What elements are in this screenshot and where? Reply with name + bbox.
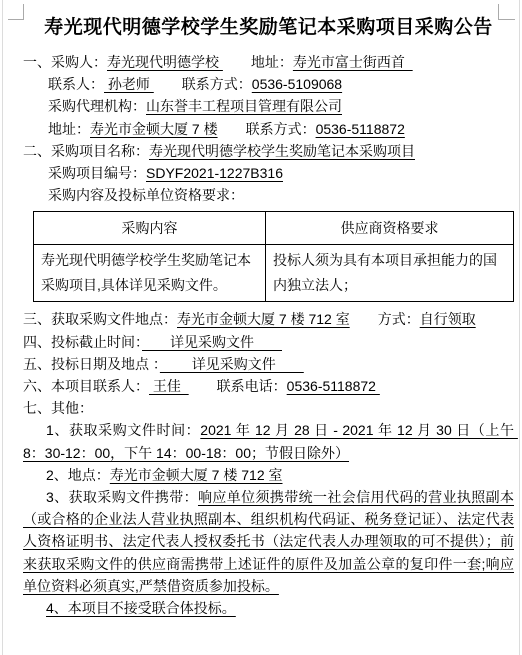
field-label: 一、采购人：: [23, 54, 107, 70]
header-cell-procurement-content: 采购内容: [34, 212, 266, 245]
detail-paragraphs: 三、获取采购文件地点：寿光市金顿大厦 7 楼 712 室 方式：自行领取四、投标…: [23, 308, 514, 619]
cell-supplier-qualification: 投标人须为具有本项目承担能力的国内独立法人；: [266, 245, 514, 302]
procurement-requirements-table: 采购内容 供应商资格要求 寿光现代明德学校学生奖励笔记本采购项目,具体详见采购文…: [33, 211, 514, 302]
filled-value: 寿光市富士街西首: [293, 54, 413, 70]
cell-procurement-content: 寿光现代明德学校学生奖励笔记本采购项目,具体详见采购文件。: [34, 245, 266, 302]
bid-date-line: 五、投标日期及地点 ： 详见采购文件: [23, 353, 514, 375]
filled-value: 详见采购文件: [142, 334, 282, 350]
document-body: 寿光现代明德学校学生奖励笔记本采购项目采购公告 一、采购人：寿光现代明德学校 地…: [23, 14, 514, 619]
page-edge-left-line: [2, 0, 3, 655]
field-label: 联系人：: [48, 76, 104, 92]
filled-value: 4、本项目不接受联合体投标。: [46, 600, 236, 616]
field-label: 采购内容及投标单位资格要求：: [48, 187, 244, 203]
filled-value: 自行领取: [420, 311, 476, 327]
page-edge-right-line: [519, 0, 520, 655]
field-label: 五、投标日期及地点 ：: [23, 356, 160, 372]
table-row: 寿光现代明德学校学生奖励笔记本采购项目,具体详见采购文件。 投标人须为具有本项目…: [34, 245, 514, 302]
field-label: [350, 311, 378, 327]
field-label: 3、获取采购文件携带：: [46, 489, 198, 505]
filled-value: 寿光现代明德学校: [107, 54, 223, 70]
field-label: 联系方式：: [182, 76, 252, 92]
field-label: 联系方式：: [246, 121, 316, 137]
field-label: [154, 76, 182, 92]
buyer-contact-line: 联系人： 孙老师 联系方式：0536-5109068: [23, 73, 514, 95]
project-name-line: 二、采购项目名称：寿光现代明德学校学生奖励笔记本采购项目: [23, 140, 514, 162]
filled-value: 寿光市金顿大厦 7 楼 712 室: [110, 467, 283, 483]
field-label: 地址：: [48, 121, 90, 137]
field-label: [223, 54, 251, 70]
filled-value: 寿光市金顿大厦 7 楼 712 室: [177, 311, 350, 327]
filled-value: 0536-5118872: [287, 378, 380, 394]
buyer-line: 一、采购人：寿光现代明德学校 地址：寿光市富士街西首: [23, 51, 514, 73]
agency-address-line: 地址：寿光市金顿大厦 7 楼 联系方式：0536-5118872: [23, 118, 514, 140]
header-cell-supplier-qualification: 供应商资格要求: [266, 212, 514, 245]
field-label: 七、其他：: [23, 400, 93, 416]
field-label: 联系电话：: [217, 378, 287, 394]
field-label: [189, 378, 217, 394]
intro-paragraphs: 一、采购人：寿光现代明德学校 地址：寿光市富士街西首 联系人： 孙老师 联系方式…: [23, 51, 514, 206]
field-label: 三、获取采购文件地点：: [23, 311, 177, 327]
field-label: 方式：: [378, 311, 420, 327]
filled-value: 山东誉丰工程项目管理有限公司: [146, 98, 342, 114]
field-label: 四、投标截止时间：: [23, 334, 142, 350]
filled-value: 王佳: [149, 378, 189, 394]
field-label: 六、本项目联系人：: [23, 378, 149, 394]
field-label: 1、获取采购文件时间：: [46, 422, 200, 438]
announcement-title: 寿光现代明德学校学生奖励笔记本采购项目采购公告: [23, 14, 514, 41]
project-number-line: 采购项目编号：SDYF2021-1227B316: [23, 162, 514, 184]
other-item-4: 4、本项目不接受联合体投标。: [23, 597, 514, 619]
filled-value: SDYF2021-1227B316: [146, 165, 283, 181]
agency-line: 采购代理机构：山东誉丰工程项目管理有限公司: [23, 95, 514, 117]
other-item-3: 3、获取采购文件携带：响应单位须携带统一社会信用代码的营业执照副本（或合格的企业…: [23, 486, 514, 597]
bid-deadline-line: 四、投标截止时间： 详见采购文件: [23, 331, 514, 353]
doc-location-line: 三、获取采购文件地点：寿光市金顿大厦 7 楼 712 室 方式：自行领取: [23, 308, 514, 330]
table-header-row: 采购内容 供应商资格要求: [34, 212, 514, 245]
document-page: 寿光现代明德学校学生奖励笔记本采购项目采购公告 一、采购人：寿光现代明德学校 地…: [0, 0, 522, 655]
filled-value: 孙老师: [104, 76, 154, 92]
other-item-1: 1、获取采购文件时间：2021 年 12 月 28 日 - 2021 年 12 …: [23, 419, 514, 463]
table-caption-line: 采购内容及投标单位资格要求：: [23, 184, 514, 206]
field-label: 采购代理机构：: [48, 98, 146, 114]
field-label: 采购项目编号：: [48, 165, 146, 181]
filled-value: 0536-5109068: [252, 76, 342, 92]
field-label: 地址：: [251, 54, 293, 70]
filled-value: 寿光现代明德学校学生奖励笔记本采购项目: [149, 143, 415, 159]
field-label: [218, 121, 246, 137]
field-label: 二、采购项目名称：: [23, 143, 149, 159]
filled-value: 详见采购文件: [160, 356, 304, 372]
others-line: 七、其他：: [23, 397, 514, 419]
filled-value: 0536-5118872: [316, 121, 405, 137]
other-item-2: 2、地点：寿光市金顿大厦 7 楼 712 室: [23, 464, 514, 486]
margin-crop-mark-top-left: [8, 4, 24, 20]
project-contact-line: 六、本项目联系人： 王佳 联系电话：0536-5118872: [23, 375, 514, 397]
field-label: 2、地点：: [46, 467, 110, 483]
filled-value: 寿光市金顿大厦 7 楼: [90, 121, 218, 137]
